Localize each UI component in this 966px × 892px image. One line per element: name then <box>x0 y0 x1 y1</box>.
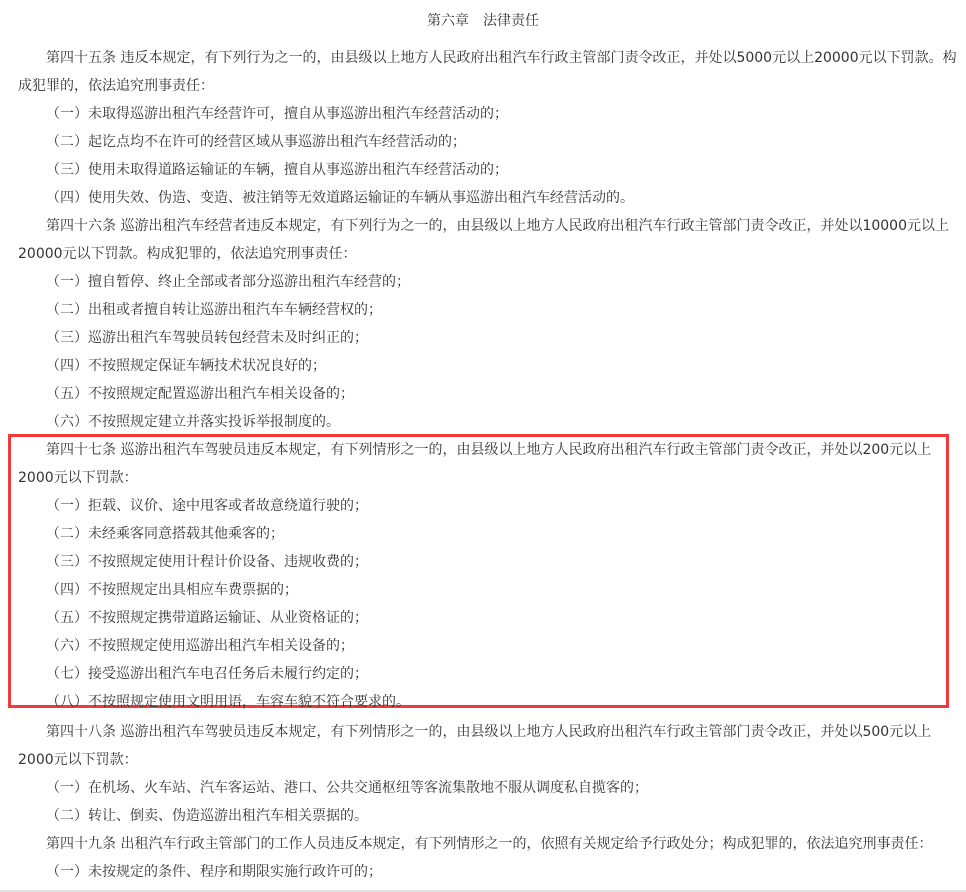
article-45-line-1: 第四十五条 违反本规定，有下列行为之一的，由县级以上地方人民政府出租汽车行政主管… <box>46 48 957 68</box>
article-46-item-2: （二）出租或者擅自转让巡游出租汽车车辆经营权的； <box>46 300 382 320</box>
article-46-item-3: （三）巡游出租汽车驾驶员转包经营未及时纠正的； <box>46 328 368 348</box>
article-47-item-2: （二）未经乘客同意搭载其他乘客的； <box>46 524 284 544</box>
article-49-item-1: （一）未按规定的条件、程序和期限实施行政许可的； <box>46 862 382 882</box>
article-46-line-2: 20000元以下罚款。构成犯罪的，依法追究刑事责任： <box>18 244 357 264</box>
article-47-item-6: （六）不按照规定使用巡游出租汽车相关设备的； <box>46 636 354 656</box>
article-47-item-4: （四）不按照规定出具相应车费票据的； <box>46 580 298 600</box>
article-48-item-1: （一）在机场、火车站、汽车客运站、港口、公共交通枢纽等客流集散地不服从调度私自揽… <box>46 778 648 798</box>
article-46-item-6: （六）不按照规定建立并落实投诉举报制度的。 <box>46 412 340 432</box>
article-47-line-2: 2000元以下罚款： <box>18 468 138 488</box>
article-46-item-4: （四）不按照规定保证车辆技术状况良好的； <box>46 356 326 376</box>
article-45-item-3: （三）使用未取得道路运输证的车辆，擅自从事巡游出租汽车经营活动的； <box>46 160 508 180</box>
article-46-line-1: 第四十六条 巡游出租汽车经营者违反本规定，有下列行为之一的，由县级以上地方人民政… <box>46 216 949 236</box>
article-45-item-4: （四）使用失效、伪造、变造、被注销等无效道路运输证的车辆从事巡游出租汽车经营活动… <box>46 188 634 208</box>
article-47-item-1: （一）拒载、议价、途中甩客或者故意绕道行驶的； <box>46 496 368 516</box>
article-46-item-1: （一）擅自暂停、终止全部或者部分巡游出租汽车经营的； <box>46 272 410 292</box>
article-45-item-1: （一）未取得巡游出租汽车经营许可，擅自从事巡游出租汽车经营活动的； <box>46 104 508 124</box>
article-45-item-2: （二）起讫点均不在许可的经营区域从事巡游出租汽车经营活动的； <box>46 132 466 152</box>
article-47-item-3: （三）不按照规定使用计程计价设备、违规收费的； <box>46 552 368 572</box>
article-48-item-2: （二）转让、倒卖、伪造巡游出租汽车相关票据的。 <box>46 806 368 826</box>
article-48-line-2: 2000元以下罚款： <box>18 750 138 770</box>
article-47-line-1: 第四十七条 巡游出租汽车驾驶员违反本规定，有下列情形之一的，由县级以上地方人民政… <box>46 440 931 460</box>
chapter-title: 第六章 法律责任 <box>0 10 966 32</box>
article-48-line-1: 第四十八条 巡游出租汽车驾驶员违反本规定，有下列情形之一的，由县级以上地方人民政… <box>46 722 931 742</box>
article-47-item-5: （五）不按照规定携带道路运输证、从业资格证的； <box>46 608 368 628</box>
article-46-item-5: （五）不按照规定配置巡游出租汽车相关设备的； <box>46 384 354 404</box>
article-47-item-7: （七）接受巡游出租汽车电召任务后未履行约定的； <box>46 664 368 684</box>
article-45-line-2: 成犯罪的，依法追究刑事责任： <box>18 76 214 96</box>
article-49-line-1: 第四十九条 出租汽车行政主管部门的工作人员违反本规定，有下列情形之一的，依照有关… <box>46 834 932 854</box>
article-47-item-8: （八）不按照规定使用文明用语，车容车貌不符合要求的。 <box>46 692 410 712</box>
